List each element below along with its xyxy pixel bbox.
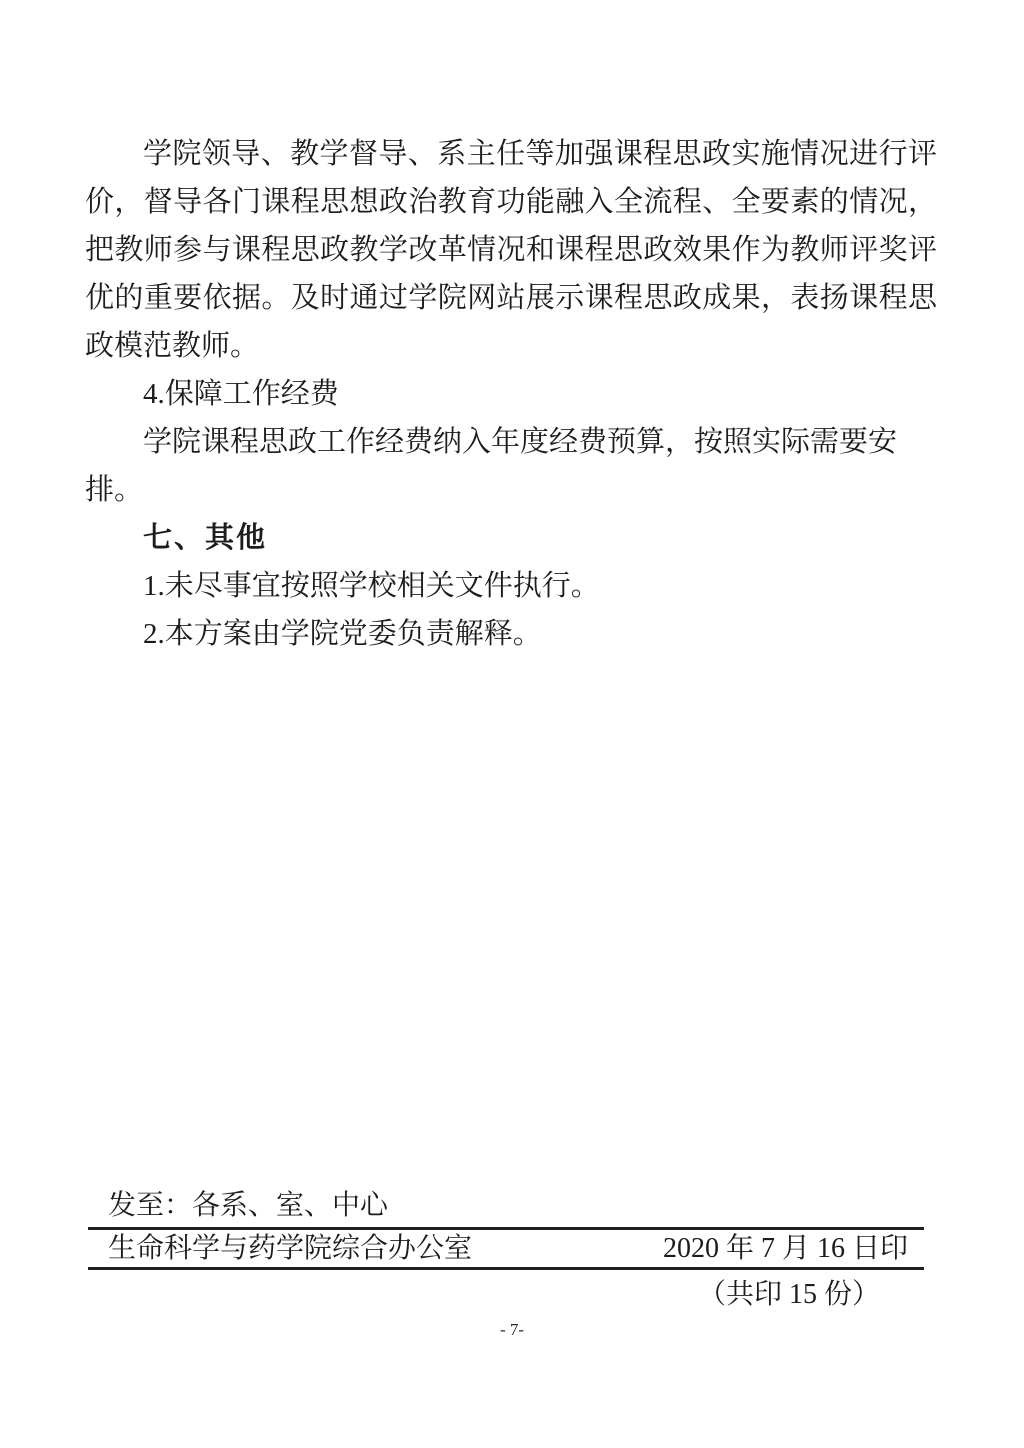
paragraph-others-item1: 1.未尽事宜按照学校相关文件执行。 bbox=[85, 562, 937, 610]
issuing-office: 生命科学与药学院综合办公室 bbox=[108, 1231, 472, 1267]
paragraph-others-item2: 2.本方案由学院党委负责解释。 bbox=[85, 610, 937, 658]
paragraph-funding: 学院课程思政工作经费纳入年度经费预算，按照实际需要安排。 bbox=[85, 418, 937, 514]
document-page: 学院领导、教学督导、系主任等加强课程思政实施情况进行评价，督导各门课程思想政治教… bbox=[0, 0, 1024, 1448]
paragraph-evaluation: 学院领导、教学督导、系主任等加强课程思政实施情况进行评价，督导各门课程思想政治教… bbox=[85, 130, 937, 370]
page-number: - 7- bbox=[0, 1320, 1024, 1340]
paragraph-item4-heading: 4.保障工作经费 bbox=[85, 370, 937, 418]
section-heading-others: 七、其他 bbox=[85, 514, 937, 562]
issuer-row: 生命科学与药学院综合办公室 2020 年 7 月 16 日印 bbox=[88, 1230, 924, 1267]
footer-rule-bottom bbox=[88, 1267, 924, 1270]
print-date: 2020 年 7 月 16 日印 bbox=[663, 1231, 908, 1267]
distribution-line: 发至：各系、室、中心 bbox=[88, 1186, 924, 1227]
print-copies: （共印 15 份） bbox=[88, 1274, 924, 1316]
document-body: 学院领导、教学督导、系主任等加强课程思政实施情况进行评价，督导各门课程思想政治教… bbox=[85, 130, 937, 658]
document-footer: 发至：各系、室、中心 生命科学与药学院综合办公室 2020 年 7 月 16 日… bbox=[88, 1186, 924, 1316]
